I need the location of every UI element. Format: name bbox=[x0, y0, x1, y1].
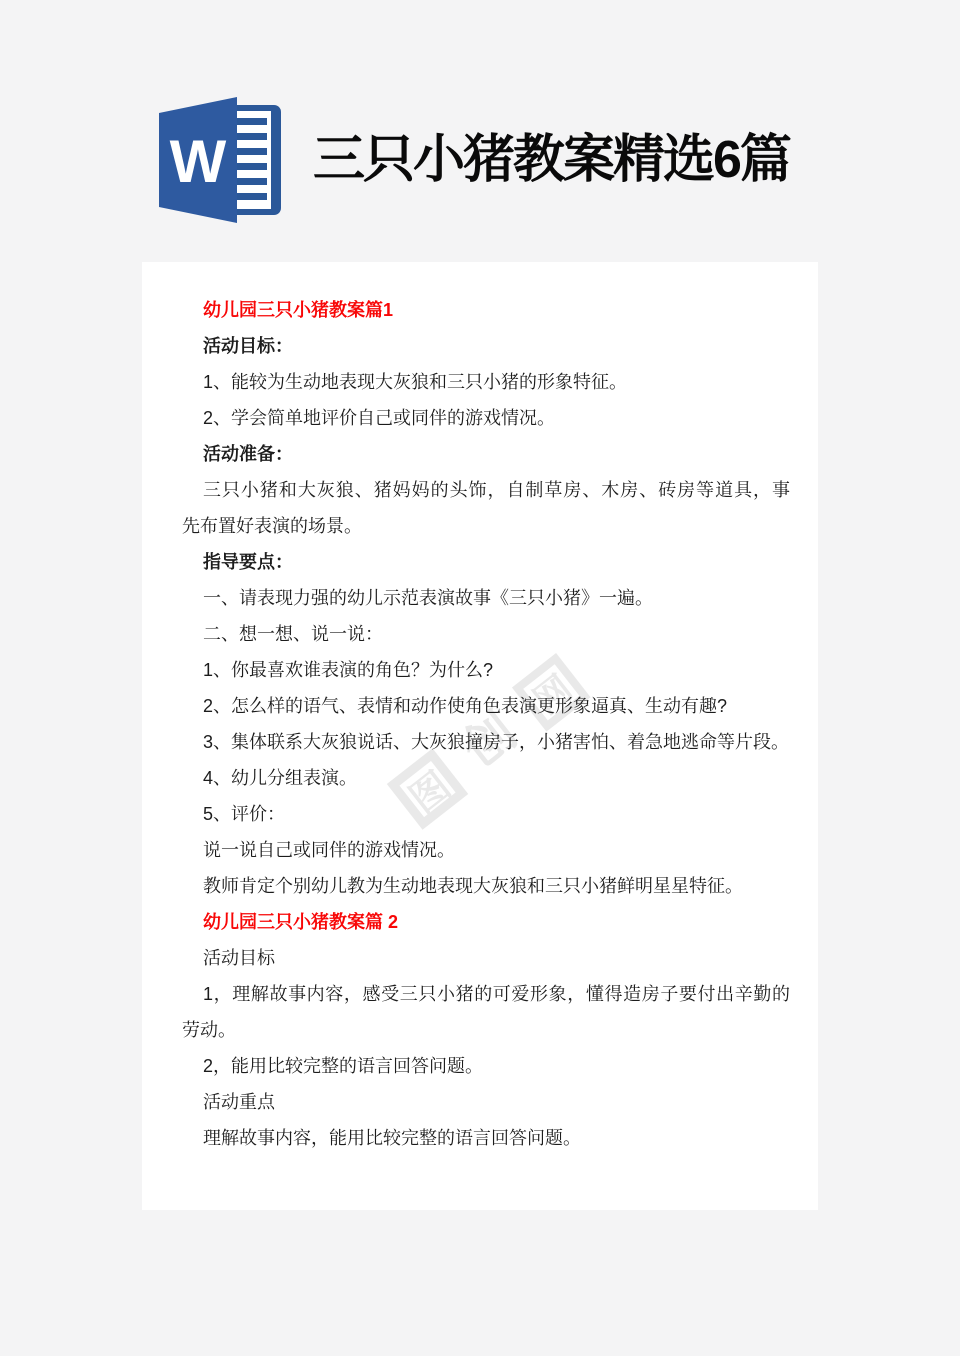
doc-line: 幼儿园三只小猪教案篇 2 bbox=[182, 904, 790, 940]
doc-line: 劳动。 bbox=[182, 1012, 790, 1048]
doc-line: 理解故事内容，能用比较完整的语言回答问题。 bbox=[182, 1120, 790, 1156]
doc-line: 说一说自己或同伴的游戏情况。 bbox=[182, 832, 790, 868]
doc-line: 3、集体联系大灰狼说话、大灰狼撞房子，小猪害怕、着急地逃命等片段。 bbox=[182, 724, 790, 760]
doc-line: 2、学会简单地评价自己或同伴的游戏情况。 bbox=[182, 400, 790, 436]
doc-line: 一、请表现力强的幼儿示范表演故事《三只小猪》一遍。 bbox=[182, 580, 790, 616]
page-title: 三只小猪教案精选6篇 bbox=[313, 132, 790, 188]
doc-line: 4、幼儿分组表演。 bbox=[182, 760, 790, 796]
doc-line: 活动准备： bbox=[182, 436, 790, 472]
doc-line: 教师肯定个别幼儿教为生动地表现大灰狼和三只小猪鲜明星星特征。 bbox=[182, 868, 790, 904]
word-icon: W bbox=[159, 95, 287, 225]
doc-line: 活动目标 bbox=[182, 940, 790, 976]
doc-line: 1、你最喜欢谁表演的角色？为什么? bbox=[182, 652, 790, 688]
doc-line: 5、评价： bbox=[182, 796, 790, 832]
document-header: W 三只小猪教案精选6篇 bbox=[159, 95, 790, 225]
doc-line: 2，能用比较完整的语言回答问题。 bbox=[182, 1048, 790, 1084]
doc-line: 指导要点： bbox=[182, 544, 790, 580]
doc-content: 幼儿园三只小猪教案篇1活动目标：1、能较为生动地表现大灰狼和三只小猪的形象特征。… bbox=[182, 292, 790, 1156]
doc-line: 三只小猪和大灰狼、猪妈妈的头饰，自制草房、木房、砖房等道具，事 bbox=[182, 472, 790, 508]
doc-line: 1、能较为生动地表现大灰狼和三只小猪的形象特征。 bbox=[182, 364, 790, 400]
word-icon-letter: W bbox=[170, 128, 227, 195]
doc-line: 1，理解故事内容，感受三只小猪的可爱形象，懂得造房子要付出辛勤的 bbox=[182, 976, 790, 1012]
doc-line: 二、想一想、说一说： bbox=[182, 616, 790, 652]
doc-line: 活动目标： bbox=[182, 328, 790, 364]
doc-line: 活动重点 bbox=[182, 1084, 790, 1120]
doc-line: 先布置好表演的场景。 bbox=[182, 508, 790, 544]
doc-line: 2、怎么样的语气、表情和动作使角色表演更形象逼真、生动有趣? bbox=[182, 688, 790, 724]
doc-line: 幼儿园三只小猪教案篇1 bbox=[182, 292, 790, 328]
document-panel: 图 创 网 幼儿园三只小猪教案篇1活动目标：1、能较为生动地表现大灰狼和三只小猪… bbox=[142, 262, 818, 1210]
